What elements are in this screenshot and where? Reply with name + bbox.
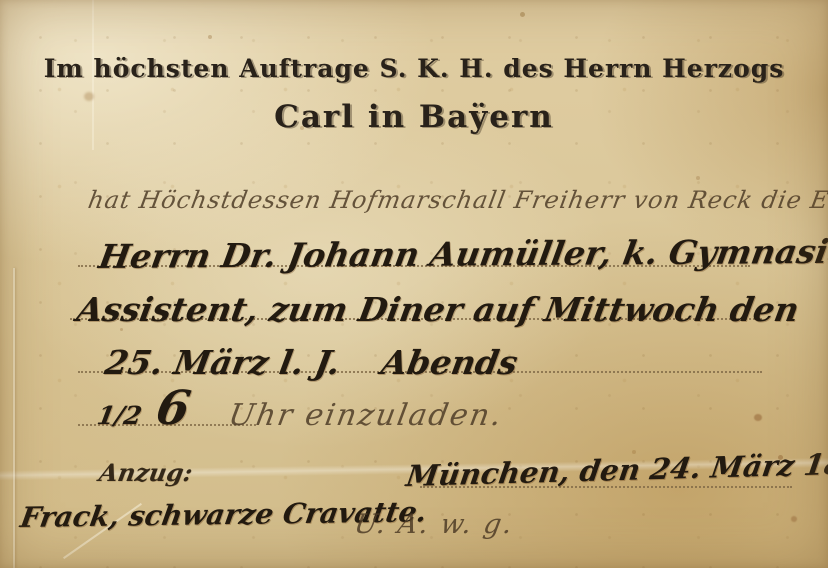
printed-time-suffix: Uhr einzuladen. xyxy=(226,398,506,433)
dress-code-label: Anzug: xyxy=(97,458,195,487)
evening-word: Abends xyxy=(378,343,520,382)
guest-name-line: Herrn Dr. Johann Aumüller, k. Gymnasial- xyxy=(96,232,828,276)
header-commission-line: Im höchsten Auftrage S. K. H. des Herrn … xyxy=(0,54,828,83)
paper-stain xyxy=(520,12,525,17)
time-fraction: 1/2 xyxy=(95,401,144,430)
paper-stain xyxy=(696,176,700,180)
header-duke-name-line: Carl in Baÿern xyxy=(0,99,828,135)
printed-intro-line: hat Höchstdessen Hofmarschall Freiherr v… xyxy=(86,186,828,214)
rsvp-abbreviation: U. A. w. g. xyxy=(352,509,517,540)
event-date-line: 25. März l. J.Abends xyxy=(102,343,521,382)
paper-stain xyxy=(208,35,212,39)
paper-stain xyxy=(754,414,762,421)
event-line: Assistent, zum Diner auf Mittwoch den xyxy=(74,290,802,329)
invitation-card: Im höchsten Auftrage S. K. H. des Herrn … xyxy=(0,0,828,568)
paper-stain xyxy=(791,516,797,522)
time-hour: 6 xyxy=(152,381,194,436)
paper-crease-left-vertical xyxy=(13,268,15,568)
event-date-part: 25. März l. J. xyxy=(102,343,343,382)
